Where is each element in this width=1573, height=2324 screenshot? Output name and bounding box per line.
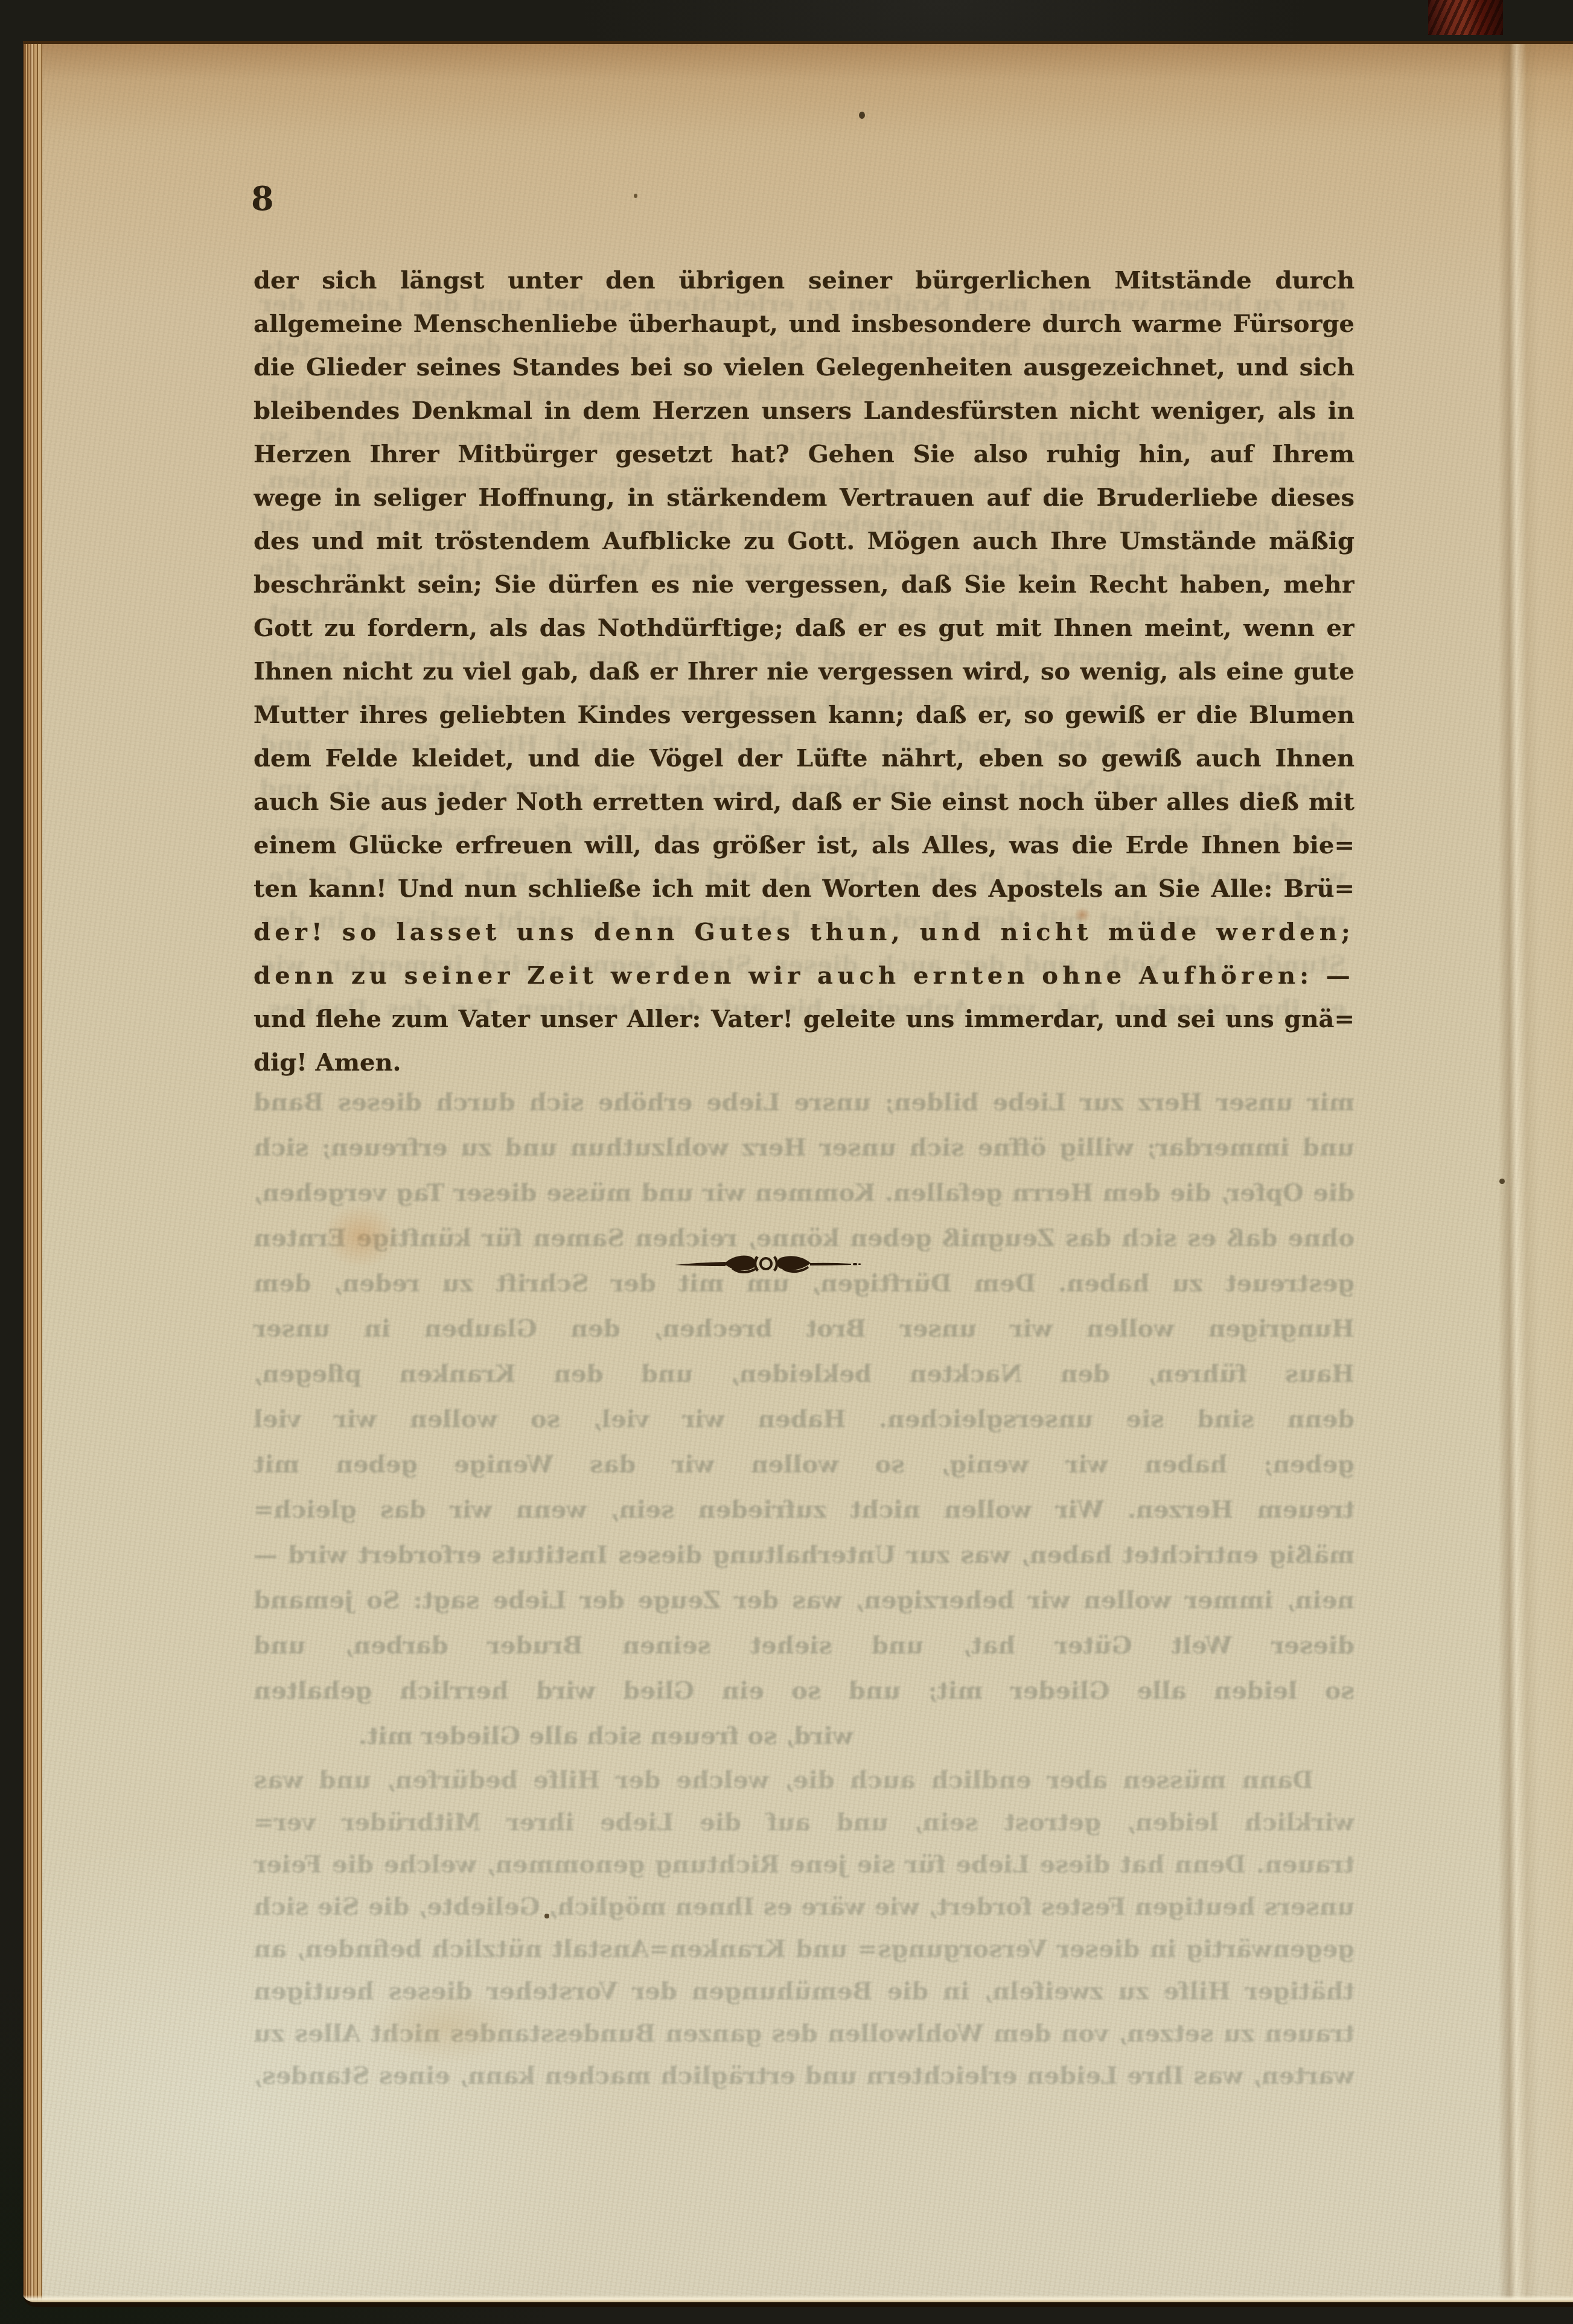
- text-line: allgemeine Menschenliebe überhaupt, und …: [254, 302, 1354, 346]
- text-line: einem Glücke erfreuen will, das größer i…: [254, 824, 1354, 867]
- text-line: die Glieder seines Standes bei so vielen…: [254, 346, 1354, 389]
- book-edge-red-patch: [1428, 0, 1503, 35]
- book-page: gen zu heben vermag, nach Kräften zu erl…: [23, 41, 1573, 2307]
- bleedthrough-line: Hungrigen wollen wir unser Brot brechen,…: [254, 1306, 1354, 1351]
- text-line: der! so lasset uns denn Gutes thun, und …: [254, 911, 1354, 954]
- page-edge-stack: [23, 44, 43, 2302]
- bleedthrough-line: mir unser Herz zur Liebe bilden; unsre L…: [254, 1080, 1354, 1125]
- bleedthrough-line: unsers heutigen Festes fordert, wie wäre…: [254, 1886, 1354, 1928]
- bleedthrough-line: mäßig entrichtet haben, was zur Unterhal…: [254, 1532, 1354, 1577]
- bleedthrough-line: denn sind sie unsersgleichen. Haben wir …: [254, 1396, 1354, 1442]
- bleedthrough-line: und immerdar; willig öffne sich unser He…: [254, 1125, 1354, 1170]
- text-line: bleibendes Denkmal in dem Herzen unsers …: [254, 389, 1354, 433]
- text-line: Ihnen nicht zu viel gab, daß er Ihrer ni…: [254, 650, 1354, 693]
- bleedthrough-line: warten, was Ihre Leiden erleichtern und …: [254, 2055, 1354, 2097]
- bleedthrough-line: die Opfer, die dem Herrn gefallen. Komme…: [254, 1170, 1354, 1215]
- bleedthrough-line: ohne daß es sich das Zeugniß geben könne…: [254, 1215, 1354, 1261]
- ink-speck: [859, 112, 865, 119]
- bleedthrough-line: thätiger Hilfe zu zweifeln, in die Bemüh…: [254, 1970, 1354, 2013]
- page-number: 8: [251, 179, 274, 218]
- bleedthrough-line: dieser Welt Güter hat, und siehet seinen…: [254, 1623, 1354, 1668]
- text-line: auch Sie aus jeder Noth erretten wird, d…: [254, 780, 1354, 824]
- text-line: des und mit tröstendem Aufblicke zu Gott…: [254, 520, 1354, 563]
- bleedthrough-text-lower: Dann müssen aber endlich auch die, welch…: [254, 1759, 1354, 2097]
- text-line: dem Felde kleidet, und die Vögel der Lüf…: [254, 737, 1354, 780]
- text-line: wege in seliger Hoffnung, in stärkendem …: [254, 476, 1354, 520]
- bleedthrough-line: gestreuet zu haben. Dem Dürftigen, um mi…: [254, 1261, 1354, 1306]
- text-line: ten kann! Und nun schließe ich mit den W…: [254, 867, 1354, 911]
- text-line: Gott zu fordern, als das Nothdürftige; d…: [254, 606, 1354, 650]
- text-line: der sich längst unter den übrigen seiner…: [254, 259, 1354, 302]
- bleedthrough-line: nein, immer wollen wir beherzigen, was d…: [254, 1577, 1354, 1623]
- body-text: der sich längst unter den übrigen seiner…: [254, 259, 1354, 1084]
- bleedthrough-line: Dann müssen aber endlich auch die, welch…: [254, 1759, 1354, 1801]
- bleedthrough-line: wirklich leiden, getrost sein, und auf d…: [254, 1801, 1354, 1844]
- ink-speck: [544, 1914, 549, 1918]
- text-line: Mutter ihres geliebten Kindes vergessen …: [254, 693, 1354, 737]
- bleedthrough-line: gegenwärtig in dieser Versorgungs= und K…: [254, 1928, 1354, 1970]
- text-line: denn zu seiner Zeit werden wir auch ernt…: [254, 954, 1354, 998]
- book-scan: gen zu heben vermag, nach Kräften zu erl…: [0, 0, 1573, 2324]
- text-line: und flehe zum Vater unser Aller: Vater! …: [254, 998, 1354, 1041]
- bleedthrough-text-middle: mir unser Herz zur Liebe bilden; unsre L…: [254, 1080, 1354, 1759]
- bleedthrough-line: trauen. Denn hat diese Liebe für sie jen…: [254, 1844, 1354, 1886]
- bleedthrough-line: treuem Herzen. Wir wollen nicht zufriede…: [254, 1487, 1354, 1532]
- text-line: beschränkt sein; Sie dürfen es nie verge…: [254, 563, 1354, 606]
- bleedthrough-line: wird, so freuen sich alle Glieder mit.: [254, 1713, 1354, 1759]
- bleedthrough-line: trauen zu setzen, von dem Wohlwollen des…: [254, 2013, 1354, 2055]
- ink-speck: [634, 194, 637, 198]
- text-line: Herzen Ihrer Mitbürger gesetzt hat? Gehe…: [254, 433, 1354, 476]
- bleedthrough-line: so leiden alle Glieder mit; und so ein G…: [254, 1668, 1354, 1713]
- ink-speck: [1499, 1179, 1505, 1184]
- bleedthrough-line: Haus führen, den Nackten bekleiden, und …: [254, 1351, 1354, 1396]
- text-line: dig! Amen.: [254, 1041, 1354, 1084]
- bleedthrough-line: geben; haben wir wenig, so wollen wir da…: [254, 1442, 1354, 1487]
